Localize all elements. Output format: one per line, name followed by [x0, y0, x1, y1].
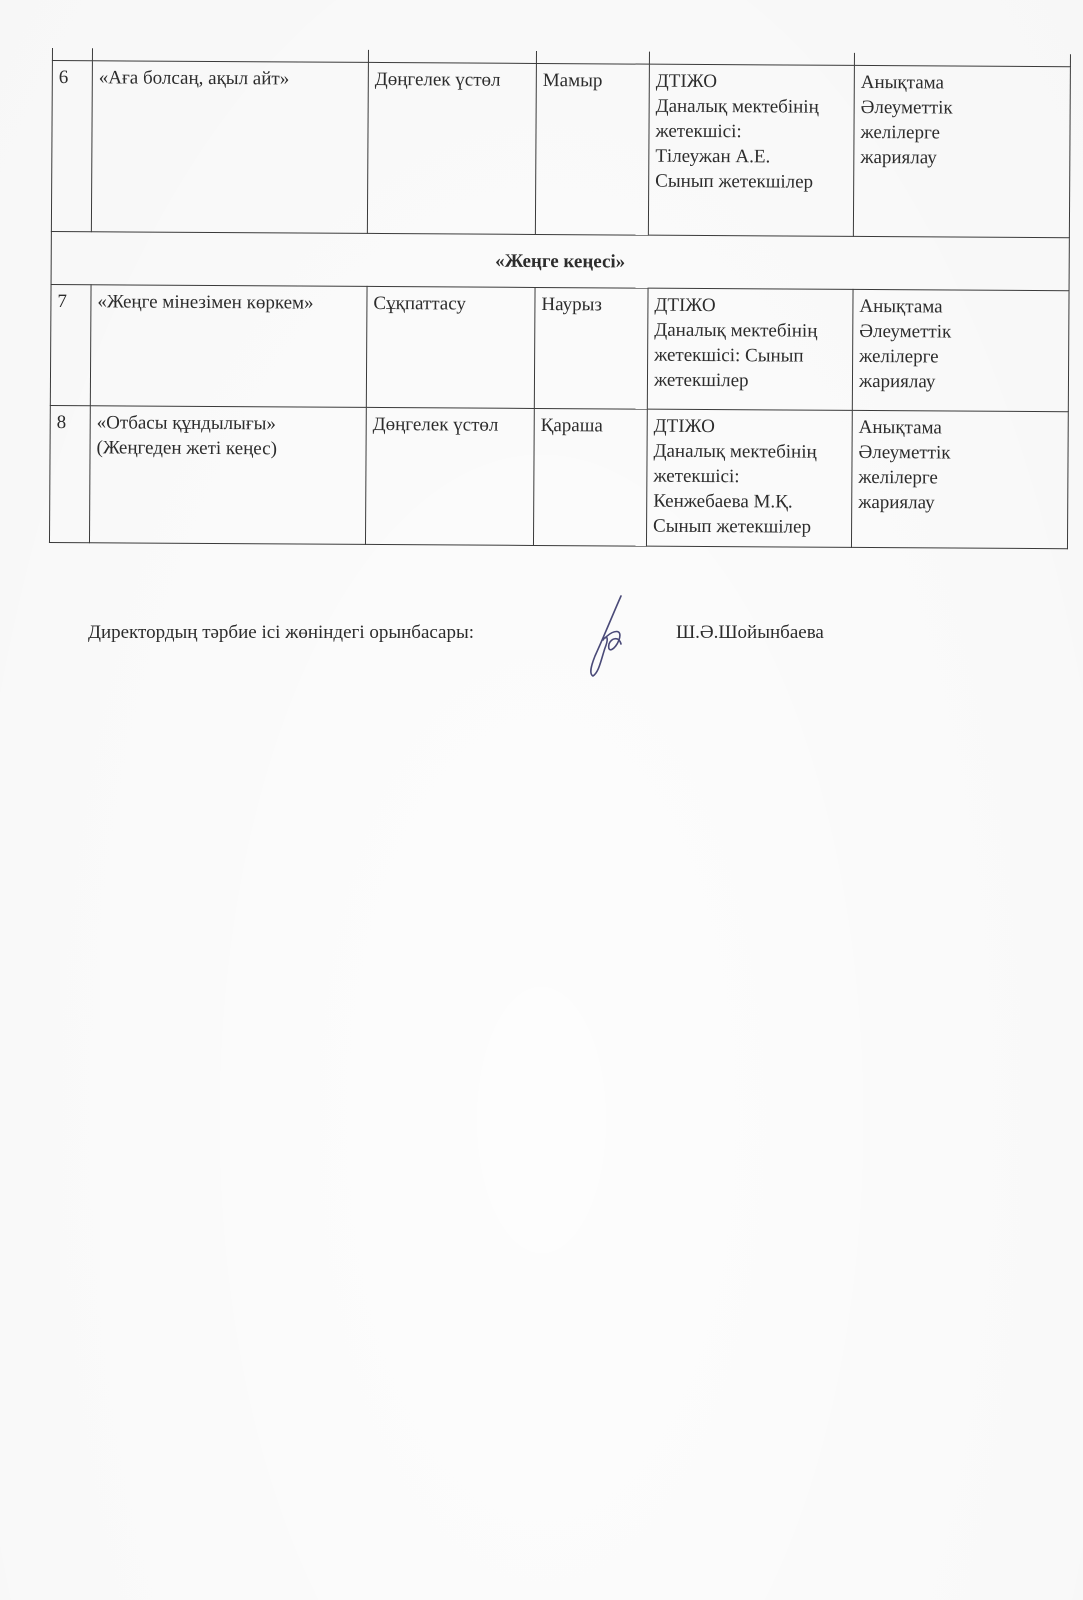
event-title: «Отбасы құндылығы» (Жеңгеден жеті кеңес) [89, 406, 366, 545]
events-table: 6 «Аға болсаң, ақыл айт» Дөңгелек үстөл … [49, 48, 1071, 549]
section-header-row: «Жеңге кеңесі» [51, 231, 1069, 290]
event-month: Қараша [533, 408, 647, 546]
row-number: 8 [49, 405, 90, 542]
event-result: Анықтама Әлеуметтік желілерге жариялау [852, 289, 1069, 411]
event-result: Анықтама Әлеуметтік желілерге жариялау [853, 65, 1070, 237]
event-result: Анықтама Әлеуметтік желілерге жариялау [851, 410, 1068, 548]
handwritten-signature-icon [583, 594, 643, 684]
event-responsible: ДТІЖО Даналық мектебінің жетекшісі: Кенж… [646, 409, 852, 547]
section-title: «Жеңге кеңесі» [51, 231, 1069, 290]
event-form: Дөңгелек үстөл [365, 407, 534, 545]
table-row: 8 «Отбасы құндылығы» (Жеңгеден жеті кеңе… [49, 405, 1068, 548]
event-form: Сұқпаттасу [366, 286, 535, 408]
event-responsible: ДТІЖО Даналық мектебінің жетекшісі: Тіле… [648, 64, 854, 236]
signature-label: Директордың тәрбие ісі жөніндегі орынбас… [88, 622, 474, 644]
signature-block: Директордың тәрбие ісі жөніндегі орынбас… [88, 612, 888, 672]
event-month: Мамыр [535, 63, 649, 235]
event-title: «Аға болсаң, ақыл айт» [91, 61, 368, 234]
event-title: «Жеңге мінезімен көркем» [90, 285, 367, 408]
event-form: Дөңгелек үстөл [367, 62, 536, 234]
event-responsible: ДТІЖО Даналық мектебінің жетекшісі: Сыны… [647, 288, 853, 410]
row-number: 6 [51, 61, 92, 232]
row-number: 7 [50, 284, 91, 405]
event-month: Наурыз [534, 287, 648, 409]
signatory-name: Ш.Ә.Шойынбаева [676, 622, 824, 644]
table-row: 6 «Аға болсаң, ақыл айт» Дөңгелек үстөл … [51, 61, 1070, 238]
table-row: 7 «Жеңге мінезімен көркем» Сұқпаттасу На… [50, 284, 1069, 411]
